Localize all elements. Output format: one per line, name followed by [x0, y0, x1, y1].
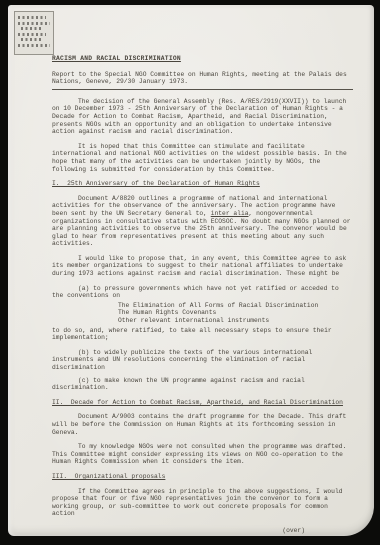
list-item-a: (a) to pressure governments which have n… [52, 285, 353, 300]
stamp-row [18, 33, 46, 36]
section-heading-1: I. 25th Anniversary of the Declaration o… [52, 180, 353, 188]
document-body: RACISM AND RACIAL DISCRIMINATION Report … [52, 55, 353, 535]
stamp-row [18, 44, 50, 47]
list-item-a-continuation: to do so, and, where ratified, to take a… [52, 327, 353, 342]
convention-list: The Elimination of All Forms of Racial D… [52, 302, 353, 325]
section-3-paragraph: If the Committee agrees in principle to … [52, 488, 353, 518]
stamp-row [21, 27, 43, 30]
section-heading-2: II. Decade for Action to Combat Racism, … [52, 399, 353, 407]
document-title: RACISM AND RACIAL DISCRIMINATION [52, 55, 353, 63]
library-stamp [14, 11, 54, 55]
stamp-row [21, 38, 43, 41]
scanned-document-page: RACISM AND RACIAL DISCRIMINATION Report … [8, 5, 374, 536]
section-2-paragraph: Document A/9003 contains the draft progr… [52, 413, 353, 436]
section-2-paragraph: To my knowledge NGOs were not consulted … [52, 443, 353, 466]
document-subtitle: Report to the Special NGO Committee on H… [52, 71, 353, 86]
intro-paragraph: The decision of the General Assembly (Re… [52, 98, 353, 136]
list-item-c: (c) to make known the UN programme again… [52, 377, 353, 392]
section-heading-3: III. Organizational proposals [52, 473, 353, 481]
stamp-row [18, 22, 50, 25]
convention-item: The Human Rights Covenants [52, 309, 353, 317]
page-footer-over: (over) [52, 527, 353, 535]
underlined-phrase: inter alia [211, 210, 249, 217]
divider-rule [52, 89, 353, 90]
section-1-paragraph: Document A/8820 outlines a programme of … [52, 195, 353, 248]
convention-item: Other relevant international instruments [52, 317, 353, 325]
intro-paragraph: It is hoped that this Committee can stim… [52, 143, 353, 173]
list-item-b: (b) to widely publicize the texts of the… [52, 349, 353, 372]
section-1-paragraph: I would like to propose that, in any eve… [52, 255, 353, 278]
convention-item: The Elimination of All Forms of Racial D… [52, 302, 353, 310]
stamp-row [18, 16, 46, 19]
